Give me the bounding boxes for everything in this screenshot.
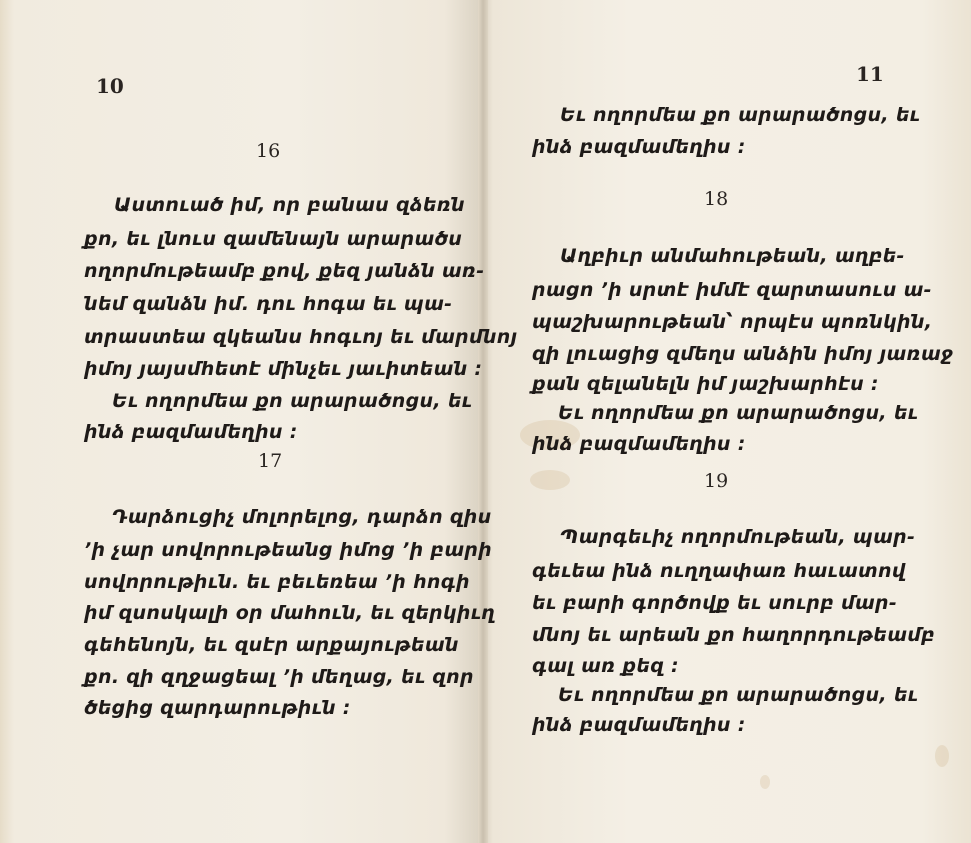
text-line: Եւ ողորմեա քո արարածոցս, եւ (112, 390, 472, 412)
text-line: ինձ բազմամեղիս ։ (84, 421, 298, 443)
text-line: ինձ բազմամեղիս ։ (532, 714, 746, 736)
text-line: մնոյ եւ արեան քո հաղորդութեամբ (532, 624, 935, 646)
foxing-stain (530, 470, 570, 490)
text-line: ինձ բազմամեղիս ։ (532, 136, 746, 158)
text-line: գեհենոյն, եւ զսէր արքայութեան (84, 634, 459, 656)
book-gutter (478, 0, 488, 843)
text-line: զի լուացից զմեղս անձին իմոյ յառաջ (532, 343, 953, 365)
text-line: Եւ ողորմեա քո արարածոցս, եւ (560, 104, 920, 126)
text-line: Եւ ողորմեա քո արարածոցս, եւ (558, 402, 918, 424)
text-line: Աստուած իմ, որ բանաս զձեռն (114, 194, 465, 216)
section-number: 19 (704, 470, 728, 492)
text-line: Աղբիւր անմահութեան, աղբե- (560, 245, 905, 267)
text-line: նեմ զանձն իմ. դու հոգա եւ պա- (84, 293, 452, 315)
text-line: եւ բարի գործովք եւ սուրբ մար- (532, 592, 897, 614)
bleed-through-text (600, 200, 606, 221)
text-line: տրաստեա զկեանս հոգւոյ եւ մարմնոյ (84, 326, 517, 348)
page-number-left: 10 (96, 74, 124, 98)
section-number: 16 (256, 140, 280, 162)
text-line: սովորութիւն. եւ բեւեռեա ՚ի հոգի (84, 571, 470, 593)
text-line: իմոյ յայսմհետէ մինչեւ յաւիտեան ։ (84, 358, 482, 380)
text-line: քո, եւ լնուս զամենայն արարածս (84, 228, 462, 250)
text-line: ծեցից զարդարութիւն ։ (84, 697, 351, 719)
text-line: գեւեա ինձ ուղղափառ հաւատով (532, 560, 906, 582)
section-number: 17 (258, 450, 282, 472)
section-number: 18 (704, 188, 728, 210)
text-line: ողորմութեամբ քով, քեզ յանձն առ- (84, 260, 484, 282)
text-line: ՚ի չար սովորութեանց իմոց ՚ի բարի (84, 539, 492, 561)
text-line: րացո ՚ի սրտէ իմմէ զարտասուս ա- (532, 279, 932, 301)
foxing-stain (935, 745, 949, 767)
text-line: գալ առ քեզ ։ (532, 655, 679, 677)
text-line: Պարգեւիչ ողորմութեան, պար- (560, 526, 915, 548)
page-number-right: 11 (856, 62, 884, 86)
text-line: Դարձուցիչ մոլորելոց, դարձո զիս (112, 506, 491, 528)
foxing-stain (760, 775, 770, 789)
text-line: քան զելանելն իմ յաշխարհէս ։ (532, 373, 879, 395)
text-line: քո. զի զղջացեալ ՚ի մեղաց, եւ զոր (84, 666, 474, 688)
text-line: իմ զսոսկալի օր մահուն, եւ զերկիւղ (84, 602, 495, 624)
text-line: ինձ բազմամեղիս ։ (532, 433, 746, 455)
text-line: Եւ ողորմեա քո արարածոցս, եւ (558, 684, 918, 706)
text-line: պաշխարութեան՝ որպէս պոռնկին, (532, 311, 932, 333)
